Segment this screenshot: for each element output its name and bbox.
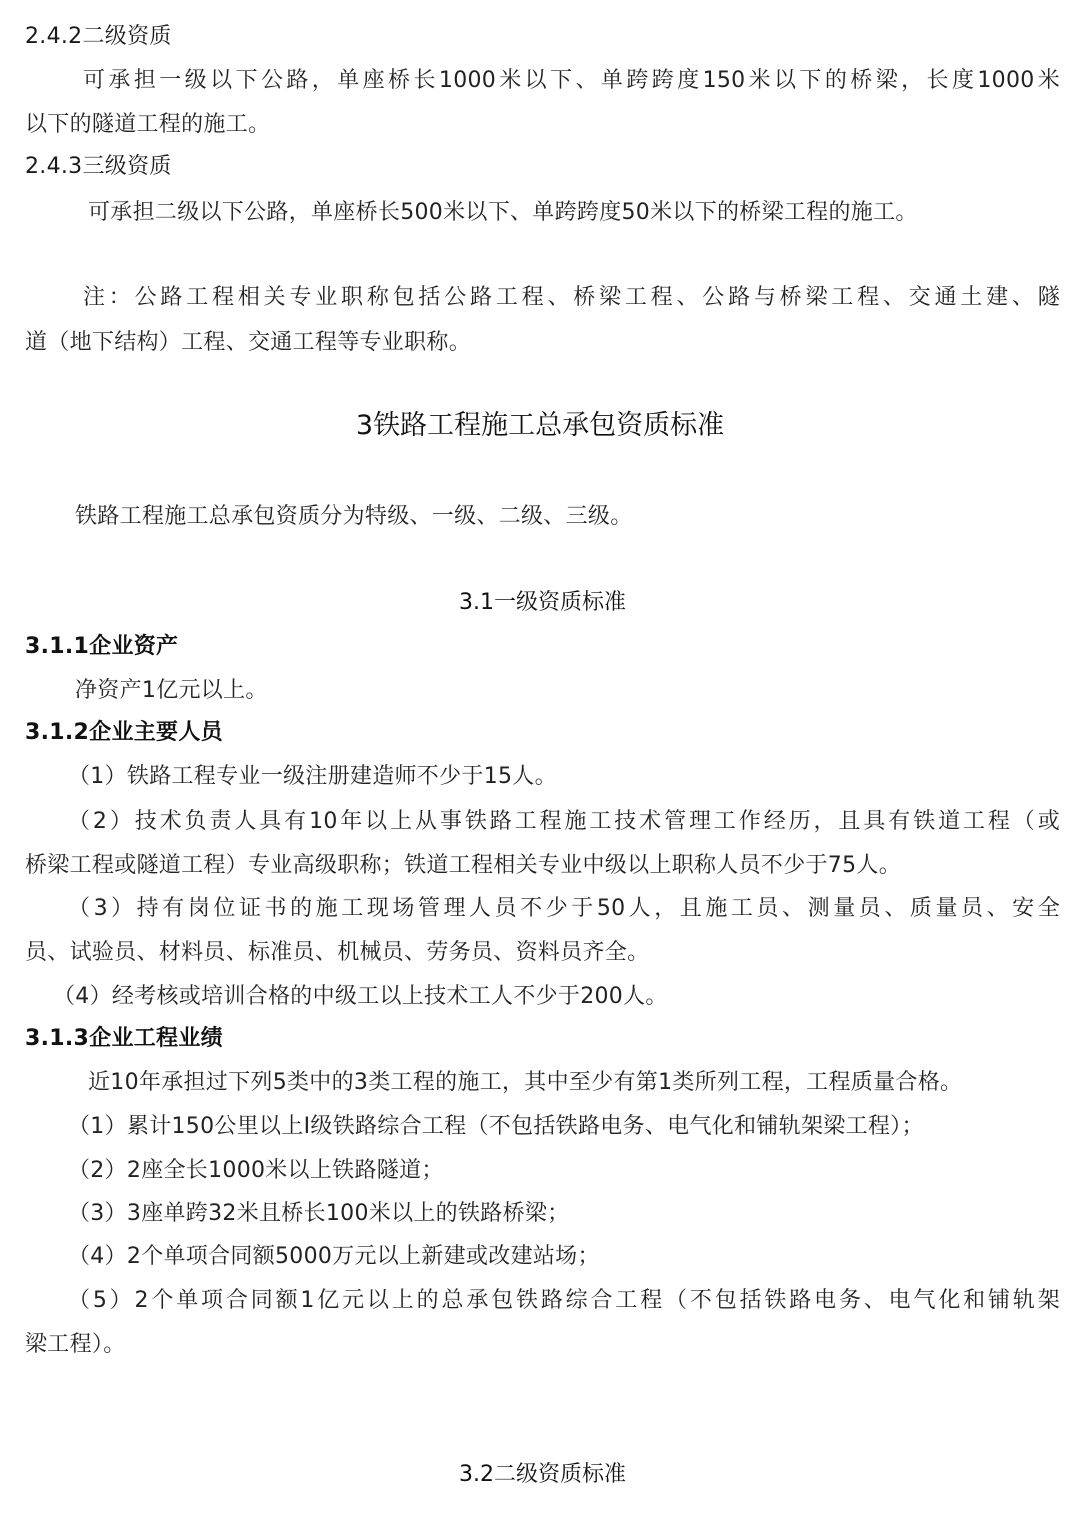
chapter-intro: 铁路工程施工总承包资质分为特级、一级、二级、三级。 [75,502,633,532]
personnel-item-1: （1）铁路工程专业一级注册建造师不少于15人。 [68,762,557,792]
chapter-title: 3铁路工程施工总承包资质标准 [0,408,1080,444]
document-page: 2.4.2二级资质 可承担一级以下公路，单座桥长1000米以下、单跨跨度150米… [0,0,1080,1528]
performance-item-5-line1: （5）2个单项合同额1亿元以上的总承包铁路综合工程（不包括铁路电务、电气化和铺轨… [25,1286,1060,1316]
paragraph-2-4-2-line2: 以下的隧道工程的施工。 [25,110,270,140]
performance-item-4: （4）2个单项合同额5000万元以上新建或改建站场； [68,1242,600,1272]
personnel-item-3-line2: 员、试验员、材料员、标准员、机械员、劳务员、资料员齐全。 [25,938,649,968]
note-line2: 道（地下结构）工程、交通工程等专业职称。 [25,328,471,358]
personnel-item-3-line1: （3）持有岗位证书的施工现场管理人员不少于50人，且施工员、测量员、质量员、安全 [25,894,1060,924]
personnel-item-2-line1: （2）技术负责人具有10年以上从事铁路工程施工技术管理工作经历，且具有铁道工程（… [25,807,1060,837]
paragraph-3-1-1: 净资产1亿元以上。 [75,676,268,706]
performance-intro: 近10年承担过下列5类中的3类工程的施工，其中至少有第1类所列工程，工程质量合格… [88,1068,962,1098]
section-title-3-2: 3.2二级资质标准 [0,1460,1080,1490]
personnel-item-2-line2: 桥梁工程或隧道工程）专业高级职称；铁道工程相关专业中级以上职称人员不少于75人。 [25,851,901,881]
section-title-3-1: 3.1一级资质标准 [0,588,1080,618]
section-heading-2-4-3: 2.4.3三级资质 [25,152,172,182]
section-heading-3-1-2: 3.1.2企业主要人员 [25,718,223,748]
note-line1: 注：公路工程相关专业职称包括公路工程、桥梁工程、公路与桥梁工程、交通土建、隧 [25,283,1060,313]
paragraph-2-4-2-line1: 可承担一级以下公路，单座桥长1000米以下、单跨跨度150米以下的桥梁，长度10… [25,66,1060,96]
section-heading-3-1-3: 3.1.3企业工程业绩 [25,1024,223,1054]
performance-item-2: （2）2座全长1000米以上铁路隧道； [68,1156,444,1186]
performance-item-3: （3）3座单跨32米且桥长100米以上的铁路桥梁； [68,1199,569,1229]
paragraph-2-4-3: 可承担二级以下公路，单座桥长500米以下、单跨跨度50米以下的桥梁工程的施工。 [88,198,918,228]
section-heading-2-4-2: 2.4.2二级资质 [25,22,172,52]
performance-item-1: （1）累计150公里以上Ⅰ级铁路综合工程（不包括铁路电务、电气化和铺轨架梁工程）… [68,1112,924,1142]
section-heading-3-1-1: 3.1.1企业资产 [25,632,178,662]
personnel-item-4: （4）经考核或培训合格的中级工以上技术工人不少于200人。 [53,982,668,1012]
performance-item-5-line2: 梁工程）。 [25,1330,126,1360]
